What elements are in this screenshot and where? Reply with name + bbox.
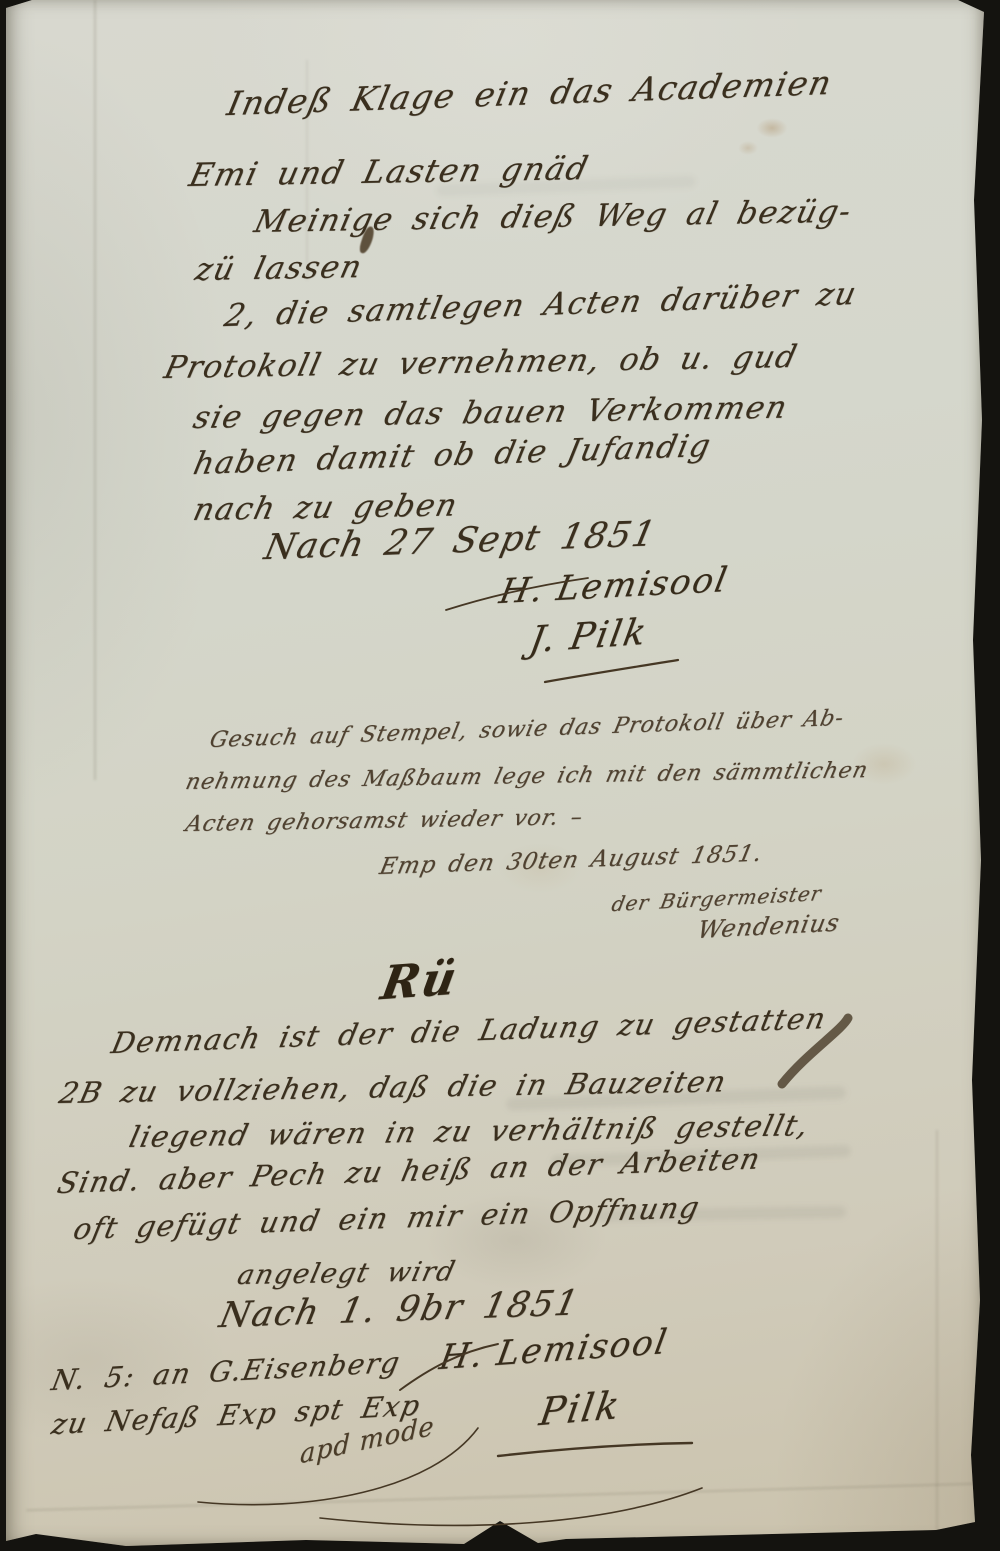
paraph-underline-2 [498,1443,692,1456]
paraph-underline-1 [545,660,678,682]
signature-entry-stroke-1 [446,578,588,610]
pen-flourishes [0,0,1000,1551]
scanned-document: Indeß Klage ein das AcademienEmi und Las… [0,0,1000,1551]
flourish-sweep-left [198,1428,478,1505]
signature-entry-stroke-2 [400,1344,498,1390]
flourish-sweep-right [320,1488,702,1525]
bold-long-s-stroke [782,1018,848,1084]
